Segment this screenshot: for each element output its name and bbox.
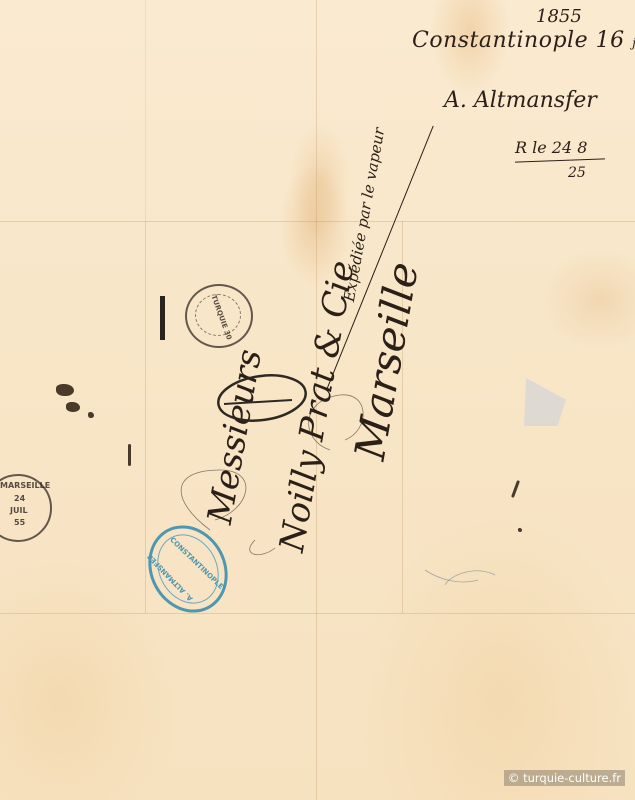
postmark-marseille-city: MARSEILLE (0, 481, 50, 490)
ink-blot (66, 402, 80, 412)
ink-blot (56, 384, 74, 396)
postmark-marseille-day: 24 (14, 494, 25, 503)
ink-bar-mark (160, 296, 165, 340)
charge-mark-d (212, 370, 312, 430)
postmark-marseille-year: 55 (14, 518, 25, 527)
copyright-credit: © turquie-culture.fr (504, 770, 625, 786)
postmark-marseille-month: JUIL (10, 506, 28, 515)
ink-blot (128, 444, 131, 466)
ink-blot (518, 528, 522, 532)
ink-blot (88, 412, 94, 418)
postmark-turquie: TURQUIE 30 (185, 284, 253, 348)
letter-paper: 1855 Constantinople 16 juillet A. Altman… (0, 0, 635, 800)
